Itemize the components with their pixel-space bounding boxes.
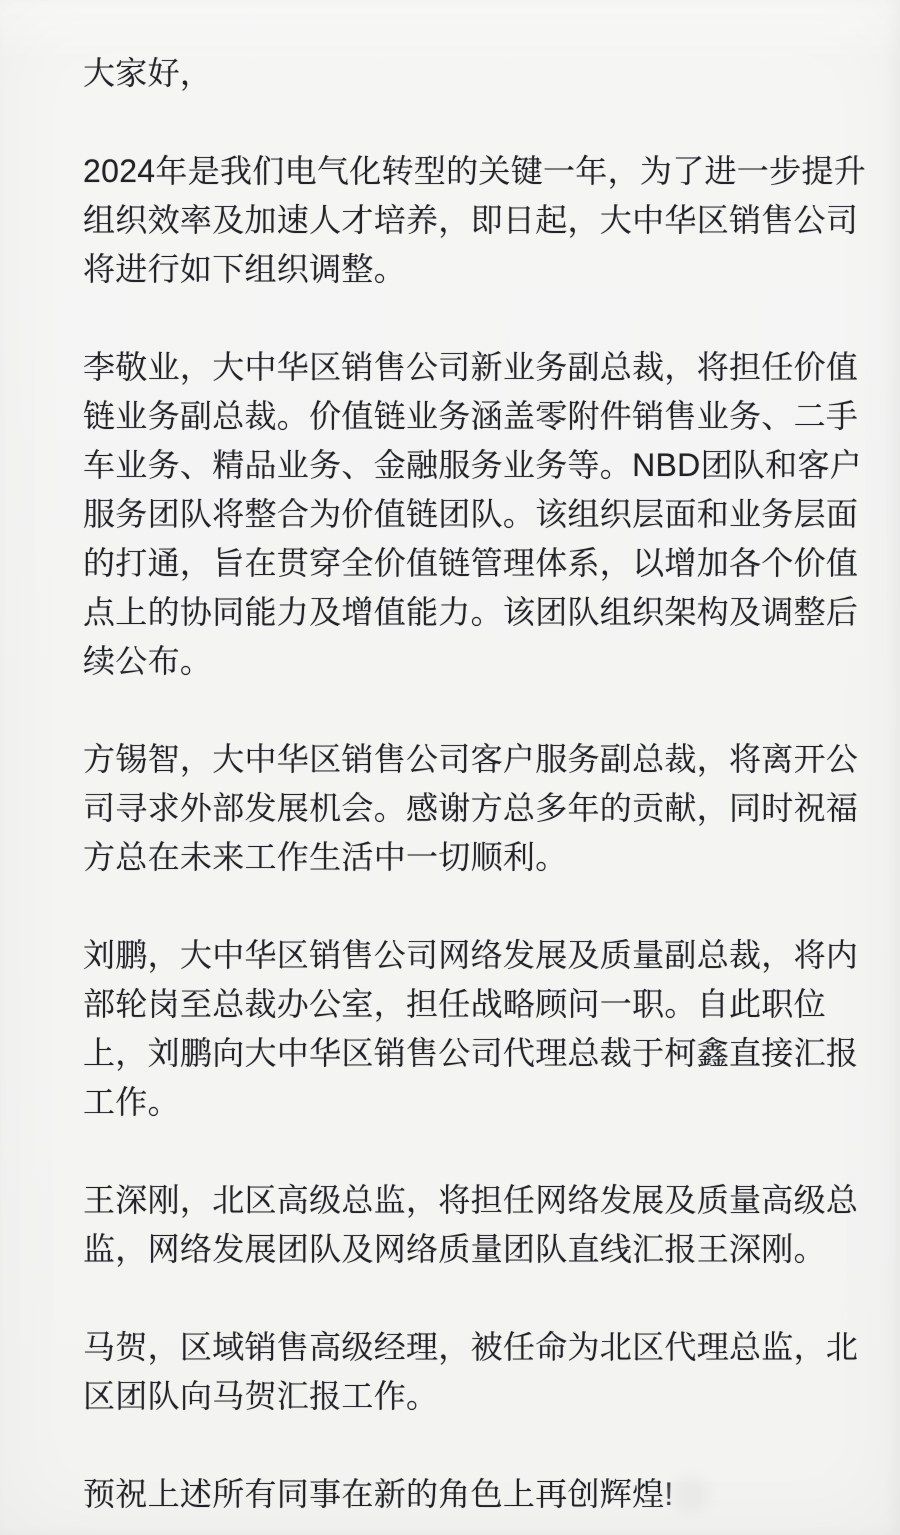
paragraph: 大家好， [83, 49, 862, 98]
paragraph: 方锡智，大中华区销售公司客户服务副总裁，将离开公司寻求外部发展机会。感谢方总多年… [83, 735, 862, 882]
paragraphs-container: 大家好，2024年是我们电气化转型的关键一年，为了进一步提升组织效率及加速人才培… [83, 49, 862, 1519]
text-line: 2024年是我们电气化转型的关键一年，为了进一步提升 [83, 147, 862, 196]
text-line: 监，网络发展团队及网络质量团队直线汇报王深刚。 [83, 1225, 862, 1274]
paragraph: 2024年是我们电气化转型的关键一年，为了进一步提升组织效率及加速人才培养，即日… [83, 147, 862, 294]
text-line: 刘鹏，大中华区销售公司网络发展及质量副总裁，将内 [83, 931, 862, 980]
paragraph: 马贺，区域销售高级经理，被任命为北区代理总监，北区团队向马贺汇报工作。 [83, 1323, 862, 1421]
text-line: 方锡智，大中华区销售公司客户服务副总裁，将离开公 [83, 735, 862, 784]
text-line: 大家好， [83, 49, 862, 98]
document-body: 大家好，2024年是我们电气化转型的关键一年，为了进一步提升组织效率及加速人才培… [83, 49, 862, 1519]
paragraph: 王深刚，北区高级总监，将担任网络发展及质量高级总监，网络发展团队及网络质量团队直… [83, 1176, 862, 1274]
text-line: 的打通，旨在贯穿全价值链管理体系，以增加各个价值 [83, 539, 862, 588]
text-line: 将进行如下组织调整。 [83, 245, 862, 294]
text-line: 续公布。 [83, 637, 862, 686]
text-line: 马贺，区域销售高级经理，被任命为北区代理总监，北 [83, 1323, 862, 1372]
text-line: 部轮岗至总裁办公室，担任战略顾问一职。自此职位 [83, 980, 862, 1029]
text-line: 车业务、精品业务、金融服务业务等。NBD团队和客户 [83, 441, 862, 490]
text-line: 方总在未来工作生活中一切顺利。 [83, 833, 862, 882]
text-line: 王深刚，北区高级总监，将担任网络发展及质量高级总 [83, 1176, 862, 1225]
paragraph: 刘鹏，大中华区销售公司网络发展及质量副总裁，将内部轮岗至总裁办公室，担任战略顾问… [83, 931, 862, 1127]
text-line: 李敬业，大中华区销售公司新业务副总裁，将担任价值 [83, 343, 862, 392]
text-line: 预祝上述所有同事在新的角色上再创辉煌! [83, 1470, 862, 1519]
text-line: 点上的协同能力及增值能力。该团队组织架构及调整后 [83, 588, 862, 637]
text-line: 司寻求外部发展机会。感谢方总多年的贡献，同时祝福 [83, 784, 862, 833]
paragraph: 李敬业，大中华区销售公司新业务副总裁，将担任价值链业务副总裁。价值链业务涵盖零附… [83, 343, 862, 686]
text-line: 上，刘鹏向大中华区销售公司代理总裁于柯鑫直接汇报 [83, 1029, 862, 1078]
text-line: 区团队向马贺汇报工作。 [83, 1372, 862, 1421]
text-line: 工作。 [83, 1078, 862, 1127]
text-line: 组织效率及加速人才培养，即日起，大中华区销售公司 [83, 196, 862, 245]
text-line: 服务团队将整合为价值链团队。该组织层面和业务层面 [83, 490, 862, 539]
paragraph: 预祝上述所有同事在新的角色上再创辉煌! [83, 1470, 862, 1519]
announcement-document: 大家好，2024年是我们电气化转型的关键一年，为了进一步提升组织效率及加速人才培… [0, 0, 900, 1535]
text-line: 链业务副总裁。价值链业务涵盖零附件销售业务、二手 [83, 392, 862, 441]
